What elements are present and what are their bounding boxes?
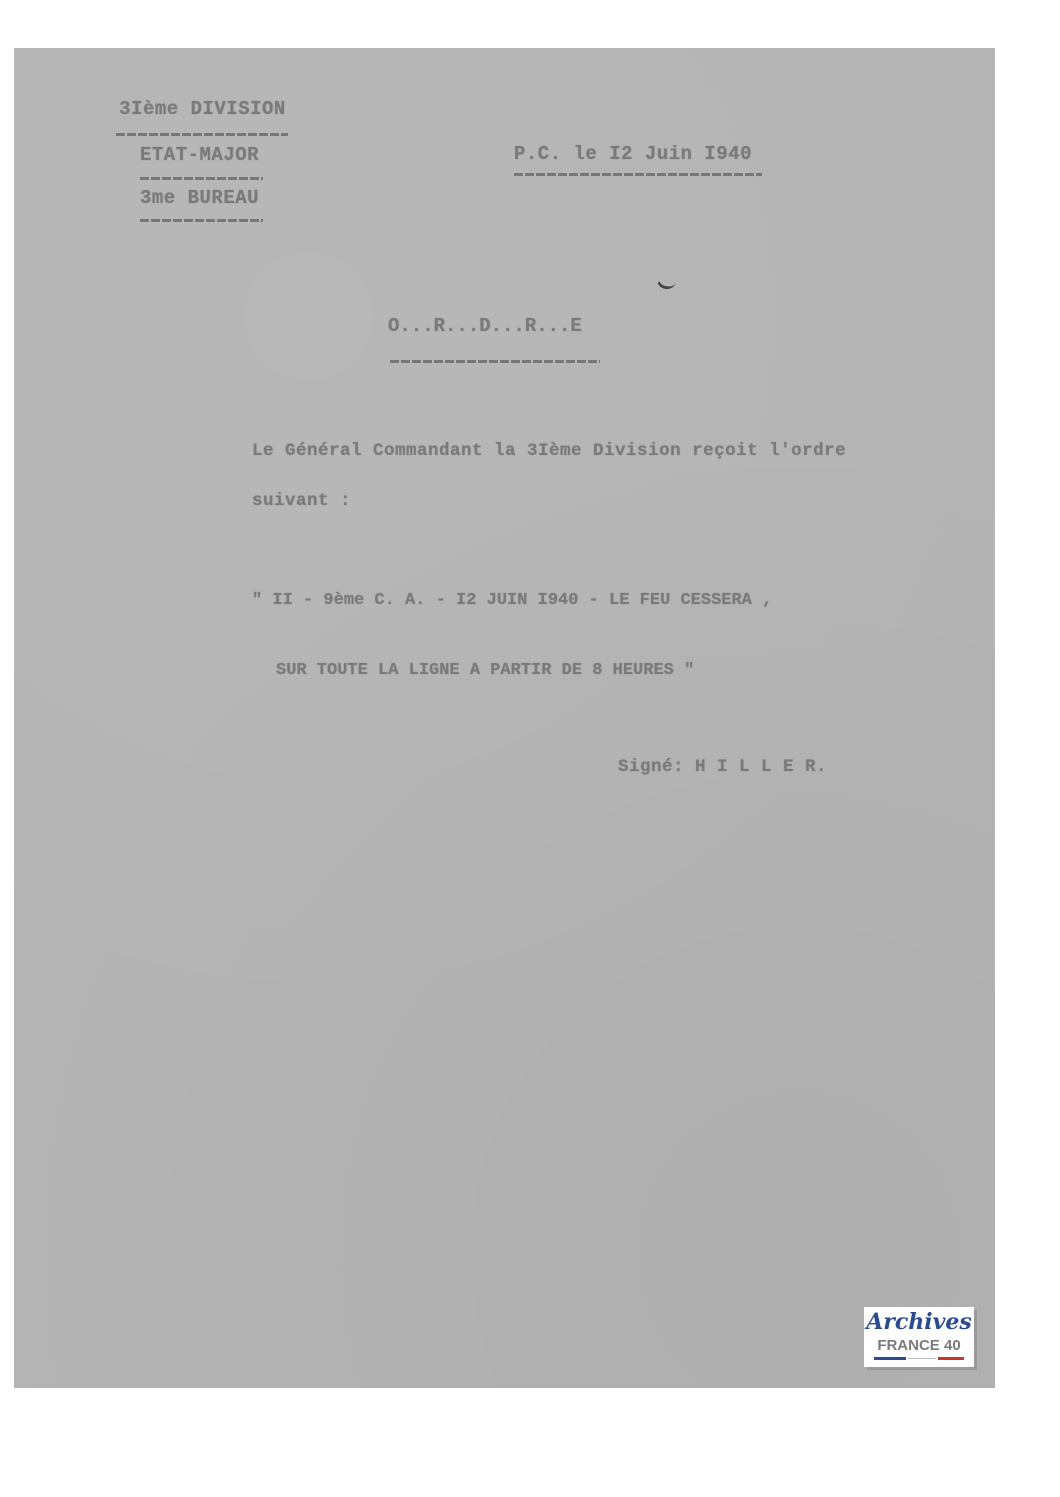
intro-line-1: Le Général Commandant la 3Ième Division … [252, 441, 846, 461]
order-line-1: " II - 9ème C. A. - I2 JUIN I940 - LE FE… [252, 591, 772, 610]
header-unit-block: 3Ième DIVISION [110, 98, 295, 130]
logo-bar-blue [874, 1357, 906, 1360]
scanned-page [14, 48, 995, 1388]
archives-france-40-logo: Archives FRANCE 40 [864, 1307, 974, 1367]
title-underline [390, 360, 600, 363]
header-divider-3 [140, 219, 263, 222]
place-date-underline [514, 173, 762, 176]
logo-sub-text: FRANCE 40 [864, 1337, 974, 1354]
intro-line-2: suivant : [252, 491, 351, 511]
header-divider-2 [140, 177, 263, 180]
signature: Signé: H I L L E R. [618, 757, 827, 777]
header-etat-major: ETAT-MAJOR [140, 144, 259, 166]
document-title: O...R...D...R...E [388, 315, 582, 337]
place-date: P.C. le I2 Juin I940 [514, 143, 752, 165]
header-division: 3Ième DIVISION [110, 98, 295, 120]
header-divider-1 [116, 133, 288, 136]
header-bureau: 3me BUREAU [140, 187, 259, 209]
order-line-2: SUR TOUTE LA LIGNE A PARTIR DE 8 HEURES … [276, 661, 694, 680]
logo-script-text: Archives [864, 1309, 974, 1335]
logo-bar-white [908, 1358, 936, 1359]
logo-bar-red [938, 1357, 964, 1360]
